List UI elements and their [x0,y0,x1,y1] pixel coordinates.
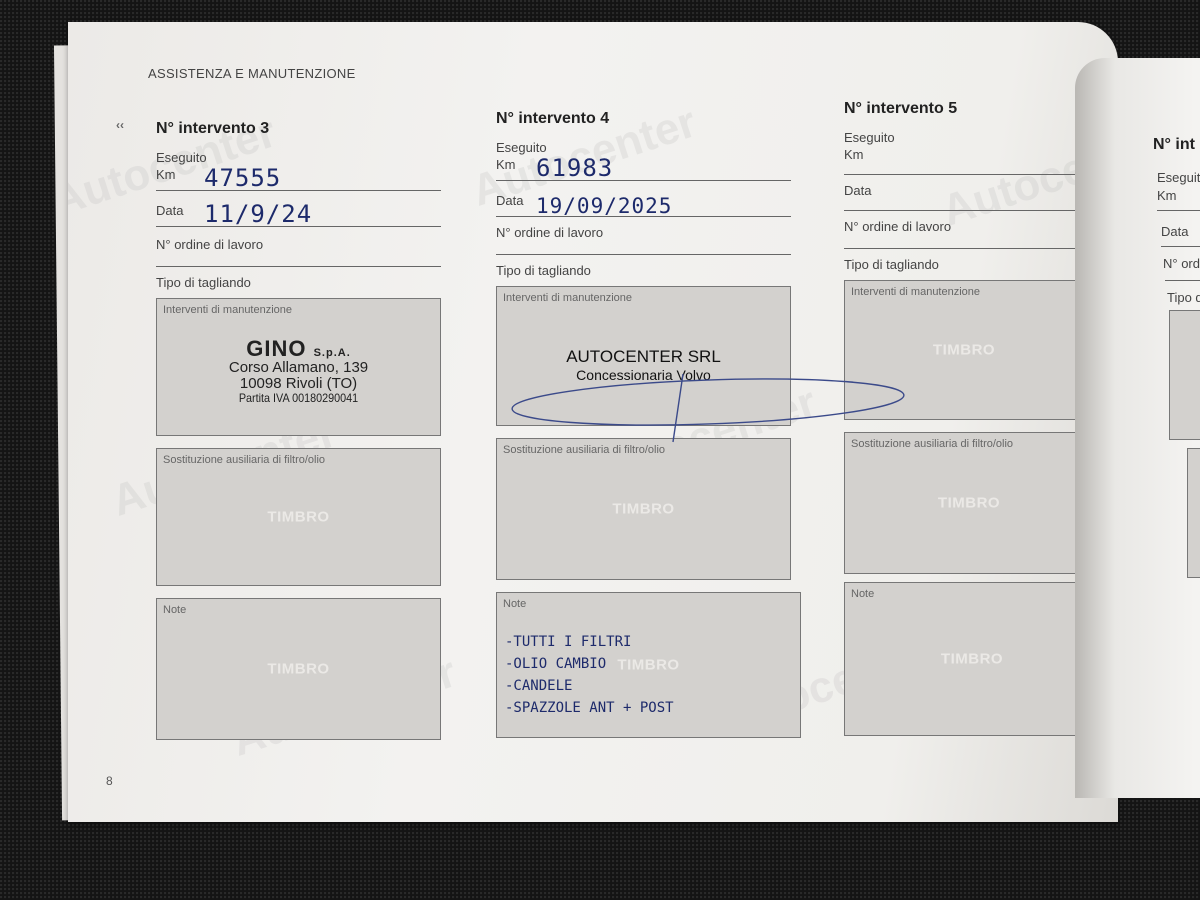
maintenance-caption: Interventi di manutenzione [503,292,632,304]
stamp-placeholder: TIMBRO [497,501,790,518]
dealer-stamp: GINO S.p.A. Corso Allamano, 139 10098 Ri… [157,337,440,404]
km-value: 61983 [536,154,613,182]
booklet-page-left: ASSISTENZA E MANUTENZIONE ‹‹ 8 Autocente… [68,22,1118,822]
stamp-name: AUTOCENTER SRL [497,347,790,367]
date-label: Data [844,183,871,198]
eseguito-label: Eseguito [844,130,1076,145]
intervention-title: N° intervento 3 [156,120,441,138]
intervention-5: N° intervento 5 Eseguito Km Data N° ordi… [844,100,1076,736]
intervention-title: N° intervento 5 [844,100,1076,118]
service-type-label: Tipo di tagliando [1167,290,1200,305]
filter-oil-box: Sostituzione ausiliaria di filtro/olio T… [844,432,1094,574]
maintenance-caption: Interventi di manutenzione [163,304,292,316]
filter-oil-caption: Sostituzione ausiliaria di filtro/olio [851,438,1013,450]
filter-oil-box: Sostituzione ausiliaria di filtro/olio T… [156,448,441,586]
service-type-label: Tipo di tagliando [496,263,791,278]
km-label: Km [844,147,864,162]
maintenance-box [1169,310,1200,440]
date-field[interactable]: Data 11/9/24 [156,201,441,227]
notes-box: Note TIMBRO -TUTTI I FILTRI -OLIO CAMBIO… [496,592,801,738]
stamp-name: GINO [246,336,306,361]
service-type-label: Tipo di tagliando [844,257,1076,272]
stamp-placeholder: TIMBRO [845,342,1083,359]
stamp-address: Corso Allamano, 139 [157,360,440,376]
stamp-placeholder: TIMBRO [157,661,440,678]
work-order-label: N° ordine di lavoro [156,237,263,252]
notes-caption: Note [503,598,526,610]
stamp-placeholder: TIMBRO [157,509,440,526]
booklet-page-right: N° int Eseguito Km Data N° ordine di lav… [1075,58,1200,798]
maintenance-caption: Interventi di manutenzione [851,286,980,298]
filter-oil-box: Sostituzione ausiliaria di filtro/olio T… [496,438,791,580]
km-field[interactable]: Km 47555 [156,165,441,191]
eseguito-label: Eseguito [1157,170,1200,185]
handwritten-notes: -TUTTI I FILTRI -OLIO CAMBIO -CANDELE -S… [505,631,674,719]
work-order-field[interactable]: N° ordine di lavoro [844,217,1076,249]
double-chevron-left-icon: ‹‹ [116,118,124,132]
maintenance-box: Interventi di manutenzione AUTOCENTER SR… [496,286,791,426]
filter-oil-caption: Sostituzione ausiliaria di filtro/olio [163,454,325,466]
intervention-title: N° intervento 4 [496,110,791,128]
dealer-stamp: AUTOCENTER SRL Concessionaria Volvo [497,347,790,383]
date-label: Data [496,193,523,208]
km-label: Km [156,167,176,182]
km-label: Km [1157,188,1177,203]
filter-oil-box [1187,448,1200,578]
section-title: ASSISTENZA E MANUTENZIONE [148,66,356,81]
date-field[interactable]: Data [844,181,1076,211]
notes-caption: Note [851,588,874,600]
eseguito-label: Eseguito [156,150,441,165]
date-field[interactable]: Data 19/09/2025 [496,191,791,217]
intervention-title: N° int [1153,136,1195,154]
stamp-suffix: S.p.A. [314,347,351,359]
work-order-field[interactable]: N° ordine di lavoro [496,223,791,255]
note-item: -OLIO CAMBIO [505,653,674,675]
intervention-3: N° intervento 3 Eseguito Km 47555 Data 1… [156,120,441,740]
date-label: Data [156,203,183,218]
work-order-label: N° ordine di lavoro [496,225,603,240]
stamp-subtitle: Concessionaria Volvo [497,367,790,383]
maintenance-box: Interventi di manutenzione GINO S.p.A. C… [156,298,441,436]
intervention-4: N° intervento 4 Eseguito Km 61983 Data 1… [496,110,791,738]
date-value: 19/09/2025 [536,194,672,218]
km-label: Km [496,157,516,172]
note-item: -TUTTI I FILTRI [505,631,674,653]
work-order-label: N° ordine di lavoro [844,219,951,234]
date-label: Data [1161,224,1188,239]
notes-box: Note TIMBRO [156,598,441,740]
work-order-label: N° ordine di lavoro [1163,256,1200,271]
notes-caption: Note [163,604,186,616]
date-value: 11/9/24 [204,200,312,228]
filter-oil-caption: Sostituzione ausiliaria di filtro/olio [503,444,665,456]
km-field[interactable]: Km 61983 [496,155,791,181]
note-item: -SPAZZOLE ANT + POST [505,697,674,719]
stamp-vat: Partita IVA 00180290041 [171,392,426,405]
stamp-placeholder: TIMBRO [845,495,1093,512]
notes-box: Note TIMBRO [844,582,1100,736]
stamp-placeholder: TIMBRO [845,651,1099,668]
maintenance-box: Interventi di manutenzione TIMBRO [844,280,1084,420]
stamp-city: 10098 Rivoli (TO) [157,376,440,392]
note-item: -CANDELE [505,675,674,697]
page-number: 8 [106,774,113,788]
eseguito-label: Eseguito [496,140,791,155]
km-field[interactable]: Km [844,145,1076,175]
service-type-label: Tipo di tagliando [156,275,441,290]
work-order-field[interactable]: N° ordine di lavoro [156,235,441,267]
km-value: 47555 [204,164,281,192]
